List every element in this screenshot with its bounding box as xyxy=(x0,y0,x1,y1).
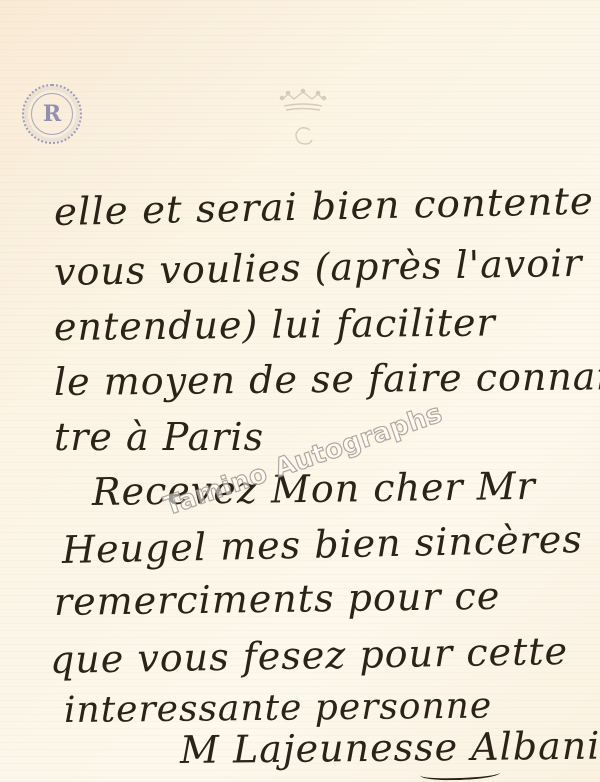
letter-line: vous voulies (après l'avoir xyxy=(54,241,583,294)
coronet-icon xyxy=(276,86,330,156)
letter-line: que vous fesez pour cette xyxy=(50,629,569,682)
letter-line: entendue) lui faciliter xyxy=(54,300,496,349)
letter-line: le moyen de se faire connai- xyxy=(54,354,600,404)
letter-line: tre à Paris xyxy=(54,415,264,459)
letter-line: Heugel mes bien sincères xyxy=(62,517,584,572)
stamp-monogram: R xyxy=(31,93,73,135)
collector-stamp: R xyxy=(22,84,82,144)
letter-line: interessante personne xyxy=(64,686,493,731)
letter-line: elle et serai bien contente si xyxy=(54,178,600,234)
letter-line: remerciments pour ce xyxy=(54,574,501,624)
signature: M Lajeunesse Albani xyxy=(180,724,600,772)
letter-page: R elle et serai bien contente si vous vo… xyxy=(0,0,600,782)
